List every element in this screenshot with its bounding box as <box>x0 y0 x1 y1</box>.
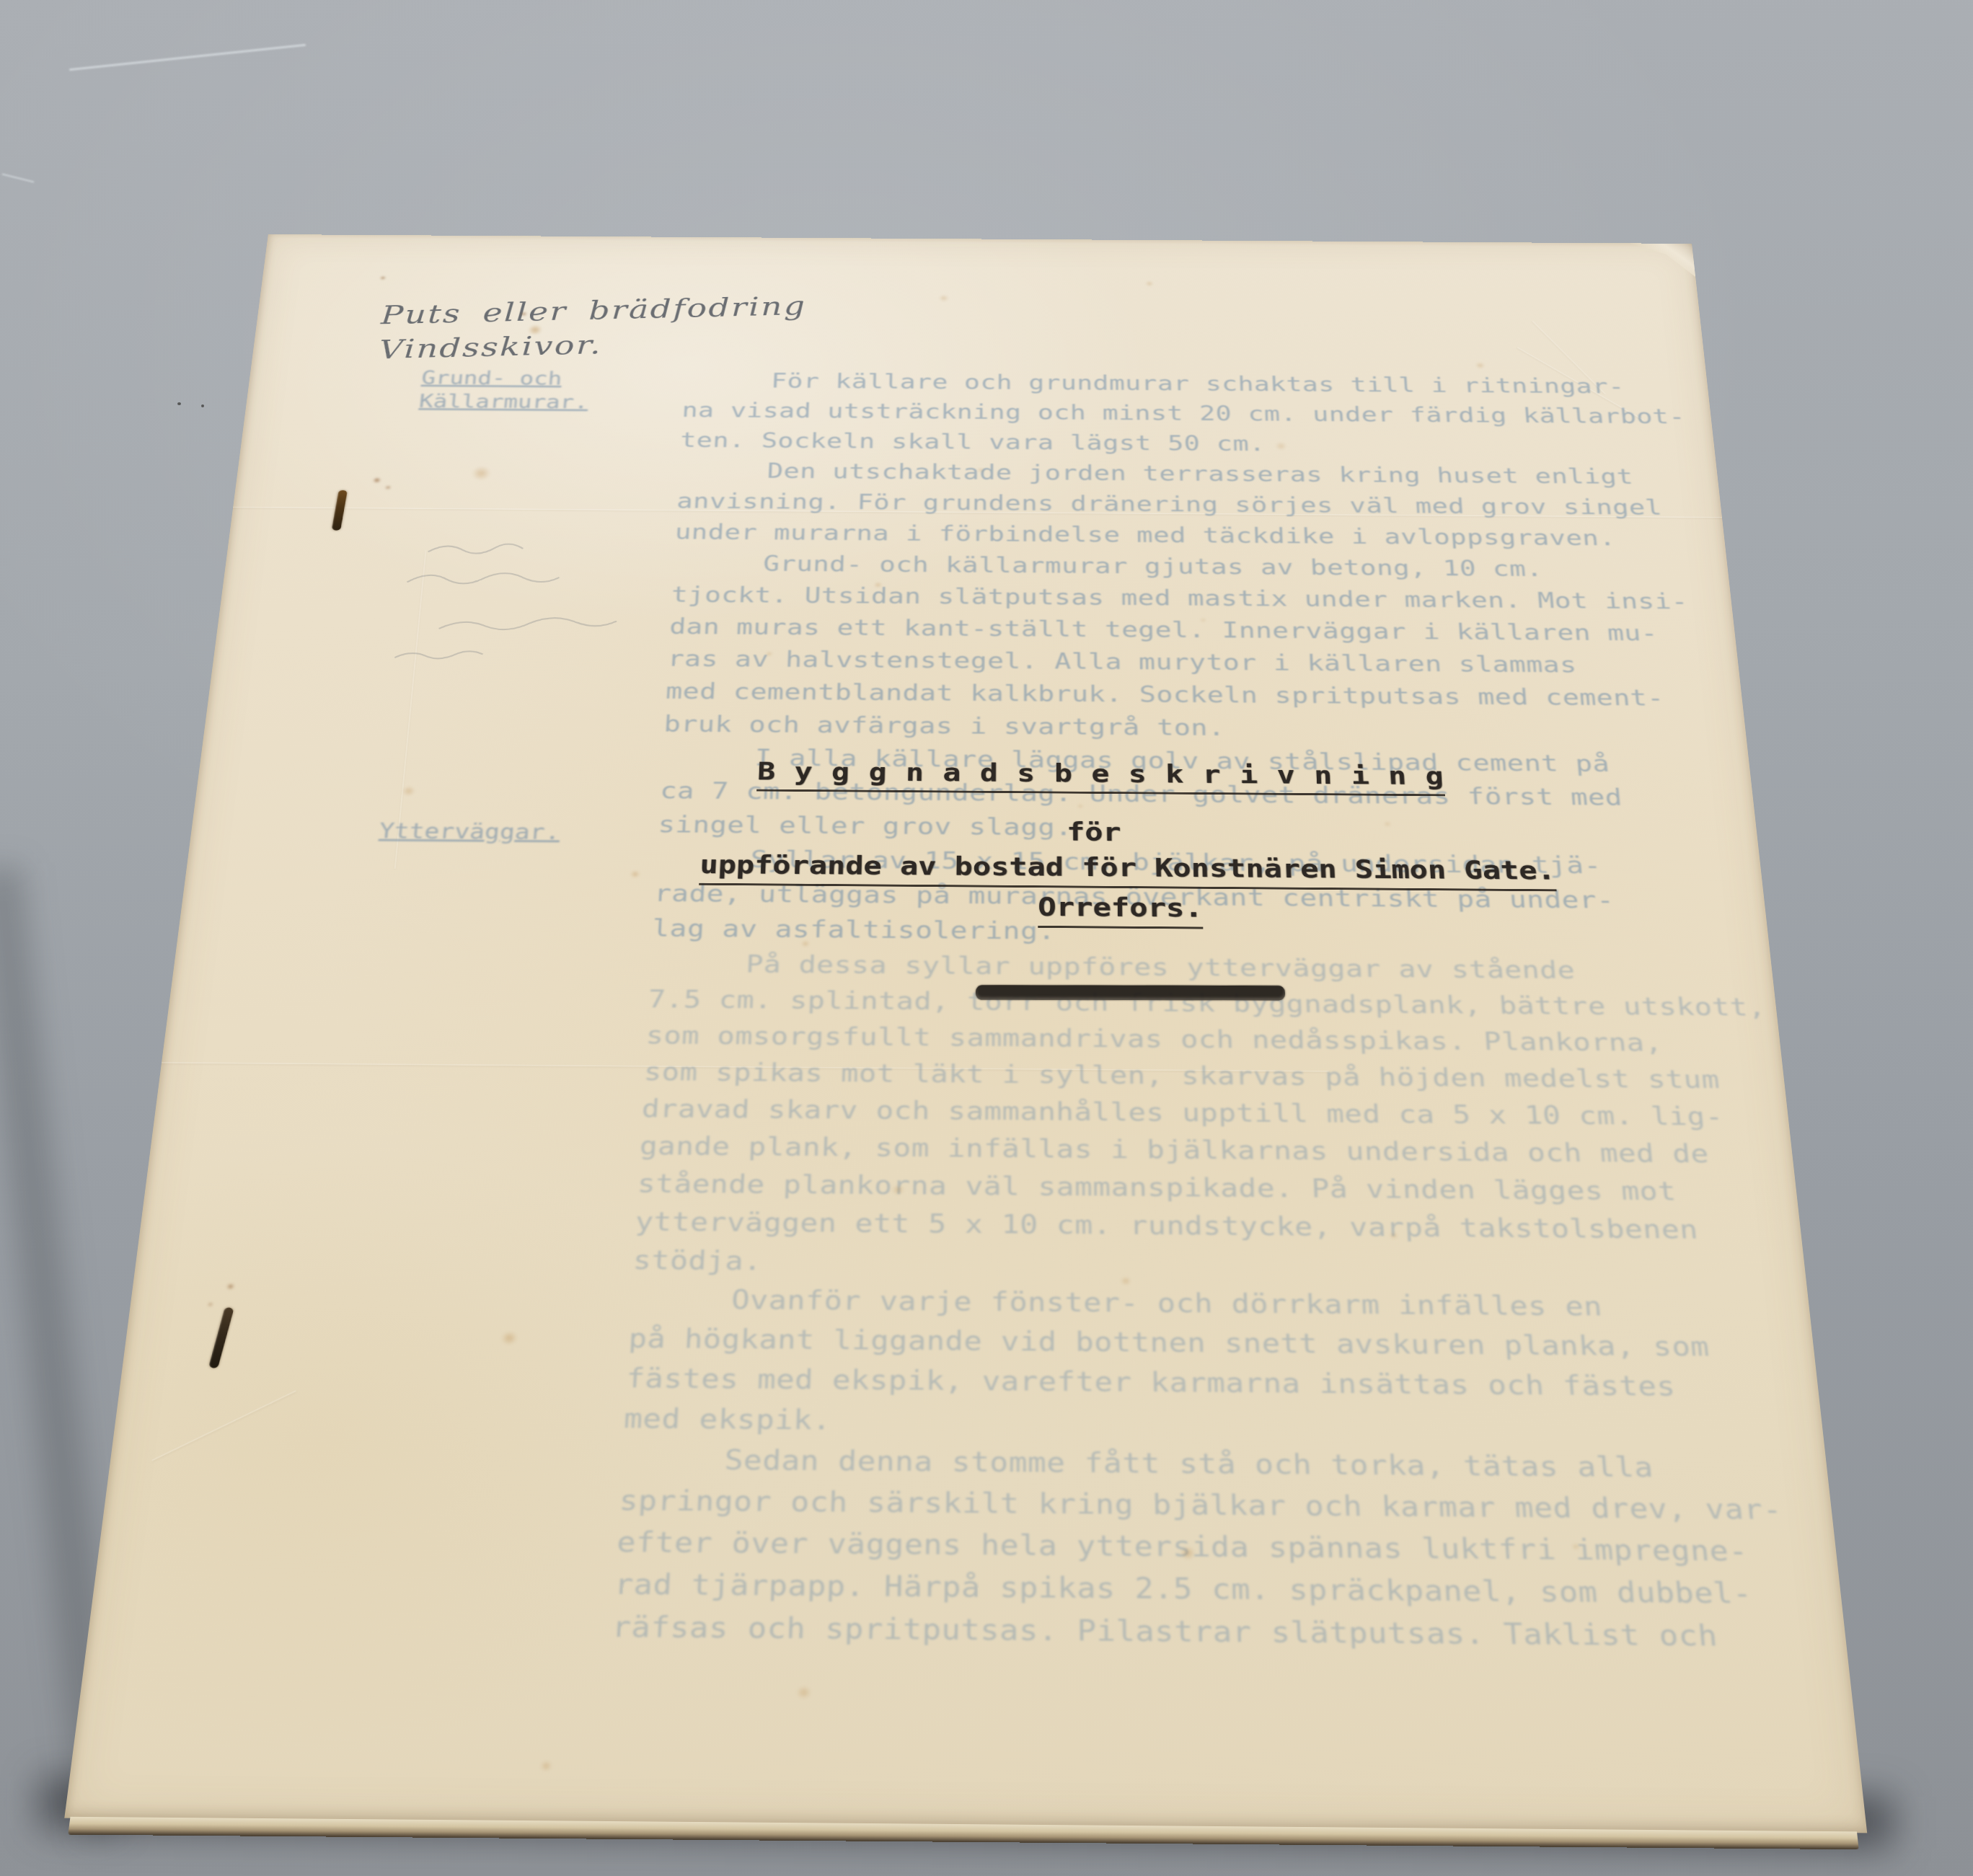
foxing-spot <box>1179 1547 1196 1559</box>
bleedthrough-line: dan muras ett kant-ställt tegel. Innervä… <box>669 614 1659 646</box>
foxing-spot <box>1121 1277 1131 1286</box>
bleedthrough-line: Grund- och källarmurar gjutas av betong,… <box>763 551 1544 581</box>
foxing-spot <box>977 468 984 472</box>
foxing-spot <box>1275 442 1287 450</box>
bleedthrough-line: anvisning. För grundens dränering sörjes… <box>676 488 1664 520</box>
bleedthrough-line: stående plankorna väl sammanspikade. På … <box>637 1168 1677 1206</box>
bleedthrough-line: Den utschaktade jorden terrasseras kring… <box>767 459 1634 489</box>
foxing-spot <box>1200 618 1206 622</box>
bleedthrough-line: dravad skarv och sammanhålles upptill me… <box>641 1094 1725 1132</box>
foxing-spot <box>1389 1232 1398 1239</box>
bleedthrough-line: räfsas och spritputsas. Pilastrar slätpu… <box>611 1609 1718 1652</box>
background-scratch <box>69 44 306 71</box>
bleedthrough-line: ytterväggen ett 5 x 10 cm. rundstycke, v… <box>635 1206 1700 1245</box>
title-subject: uppförande av bostad för Konstnären Simo… <box>699 850 1557 891</box>
bleedthrough-line: som omsorgsfullt sammandrivas och nedåss… <box>645 1020 1664 1057</box>
bleedthrough-line: Sedan denna stomme fått stå och torka, t… <box>724 1443 1654 1484</box>
foxing-spot <box>939 295 949 301</box>
document-title: B y g g n a d s b e s k r i v n i n g <box>756 757 1445 796</box>
bleedthrough-line: springor och särskilt kring bjälkar och … <box>619 1484 1784 1526</box>
title-for: för <box>1067 818 1121 847</box>
bleedthrough-line: lag av asfaltisolering. <box>651 913 1055 944</box>
bleedthrough-line: tjockt. Utsidan slätputsas med mastix un… <box>671 582 1689 614</box>
foxing-spot <box>1475 362 1486 368</box>
bleedthrough-line: med cementblandat kalkbruk. Sockeln spri… <box>665 678 1665 711</box>
background-speck <box>177 402 181 405</box>
bleedthrough-line: under murarna i förbindelse med täckdike… <box>674 519 1617 551</box>
foxing-spot <box>1077 804 1084 808</box>
bleedthrough-line: rad tjärpapp. Härpå spikas 2.5 cm. spräc… <box>614 1567 1754 1610</box>
bleedthrough-line: Ovanför varje fönster- och dörrkarm infä… <box>731 1284 1603 1322</box>
bleedthrough-line: som spikas mot läkt i syllen, skarvas på… <box>643 1057 1721 1094</box>
background-scratch <box>1 173 34 182</box>
bleedthrough-line: singel eller grov slagg. <box>658 810 1073 841</box>
bleedthrough-line: bruk och avfärgas i svartgrå ton. <box>663 710 1225 740</box>
foxing-spot <box>1384 821 1392 826</box>
bleedthrough-line: na visad utsträckning och minst 20 cm. u… <box>681 398 1686 429</box>
bleedthrough-line: fästes med ekspik, varefter karmarna ins… <box>625 1362 1677 1402</box>
bleedthrough-line: med ekspik. <box>623 1402 831 1436</box>
bleedthrough-line: stödja. <box>632 1244 763 1277</box>
photo-background: Puts eller brädfodring Vindsskivor. Grun… <box>0 0 1973 1876</box>
strikethrough-mark <box>976 985 1285 1000</box>
bleedthrough-line: För källare och grundmurar schaktas till… <box>771 368 1625 398</box>
document-page: Puts eller brädfodring Vindsskivor. Grun… <box>64 234 1867 1833</box>
background-speck <box>201 404 204 407</box>
bleedthrough-line: ras av halvstenstegel. Alla murytor i kä… <box>667 645 1578 678</box>
bleedthrough-line: ten. Sockeln skall vara lägst 50 cm. <box>679 428 1266 456</box>
title-place: Orrefors. <box>1038 893 1203 929</box>
bleedthrough-line: gande plank, som infällas i bjälkarnas u… <box>639 1131 1711 1169</box>
bleedthrough-line: På dessa syllar uppföres ytterväggar av … <box>746 950 1576 984</box>
bleedthrough-layer: För källare och grundmurar schaktas till… <box>64 234 1867 1833</box>
foxing-spot <box>1145 281 1153 286</box>
foxing-spot <box>1571 1544 1580 1550</box>
bleedthrough-line: på högkant liggande vid bottnen snett av… <box>628 1322 1711 1363</box>
